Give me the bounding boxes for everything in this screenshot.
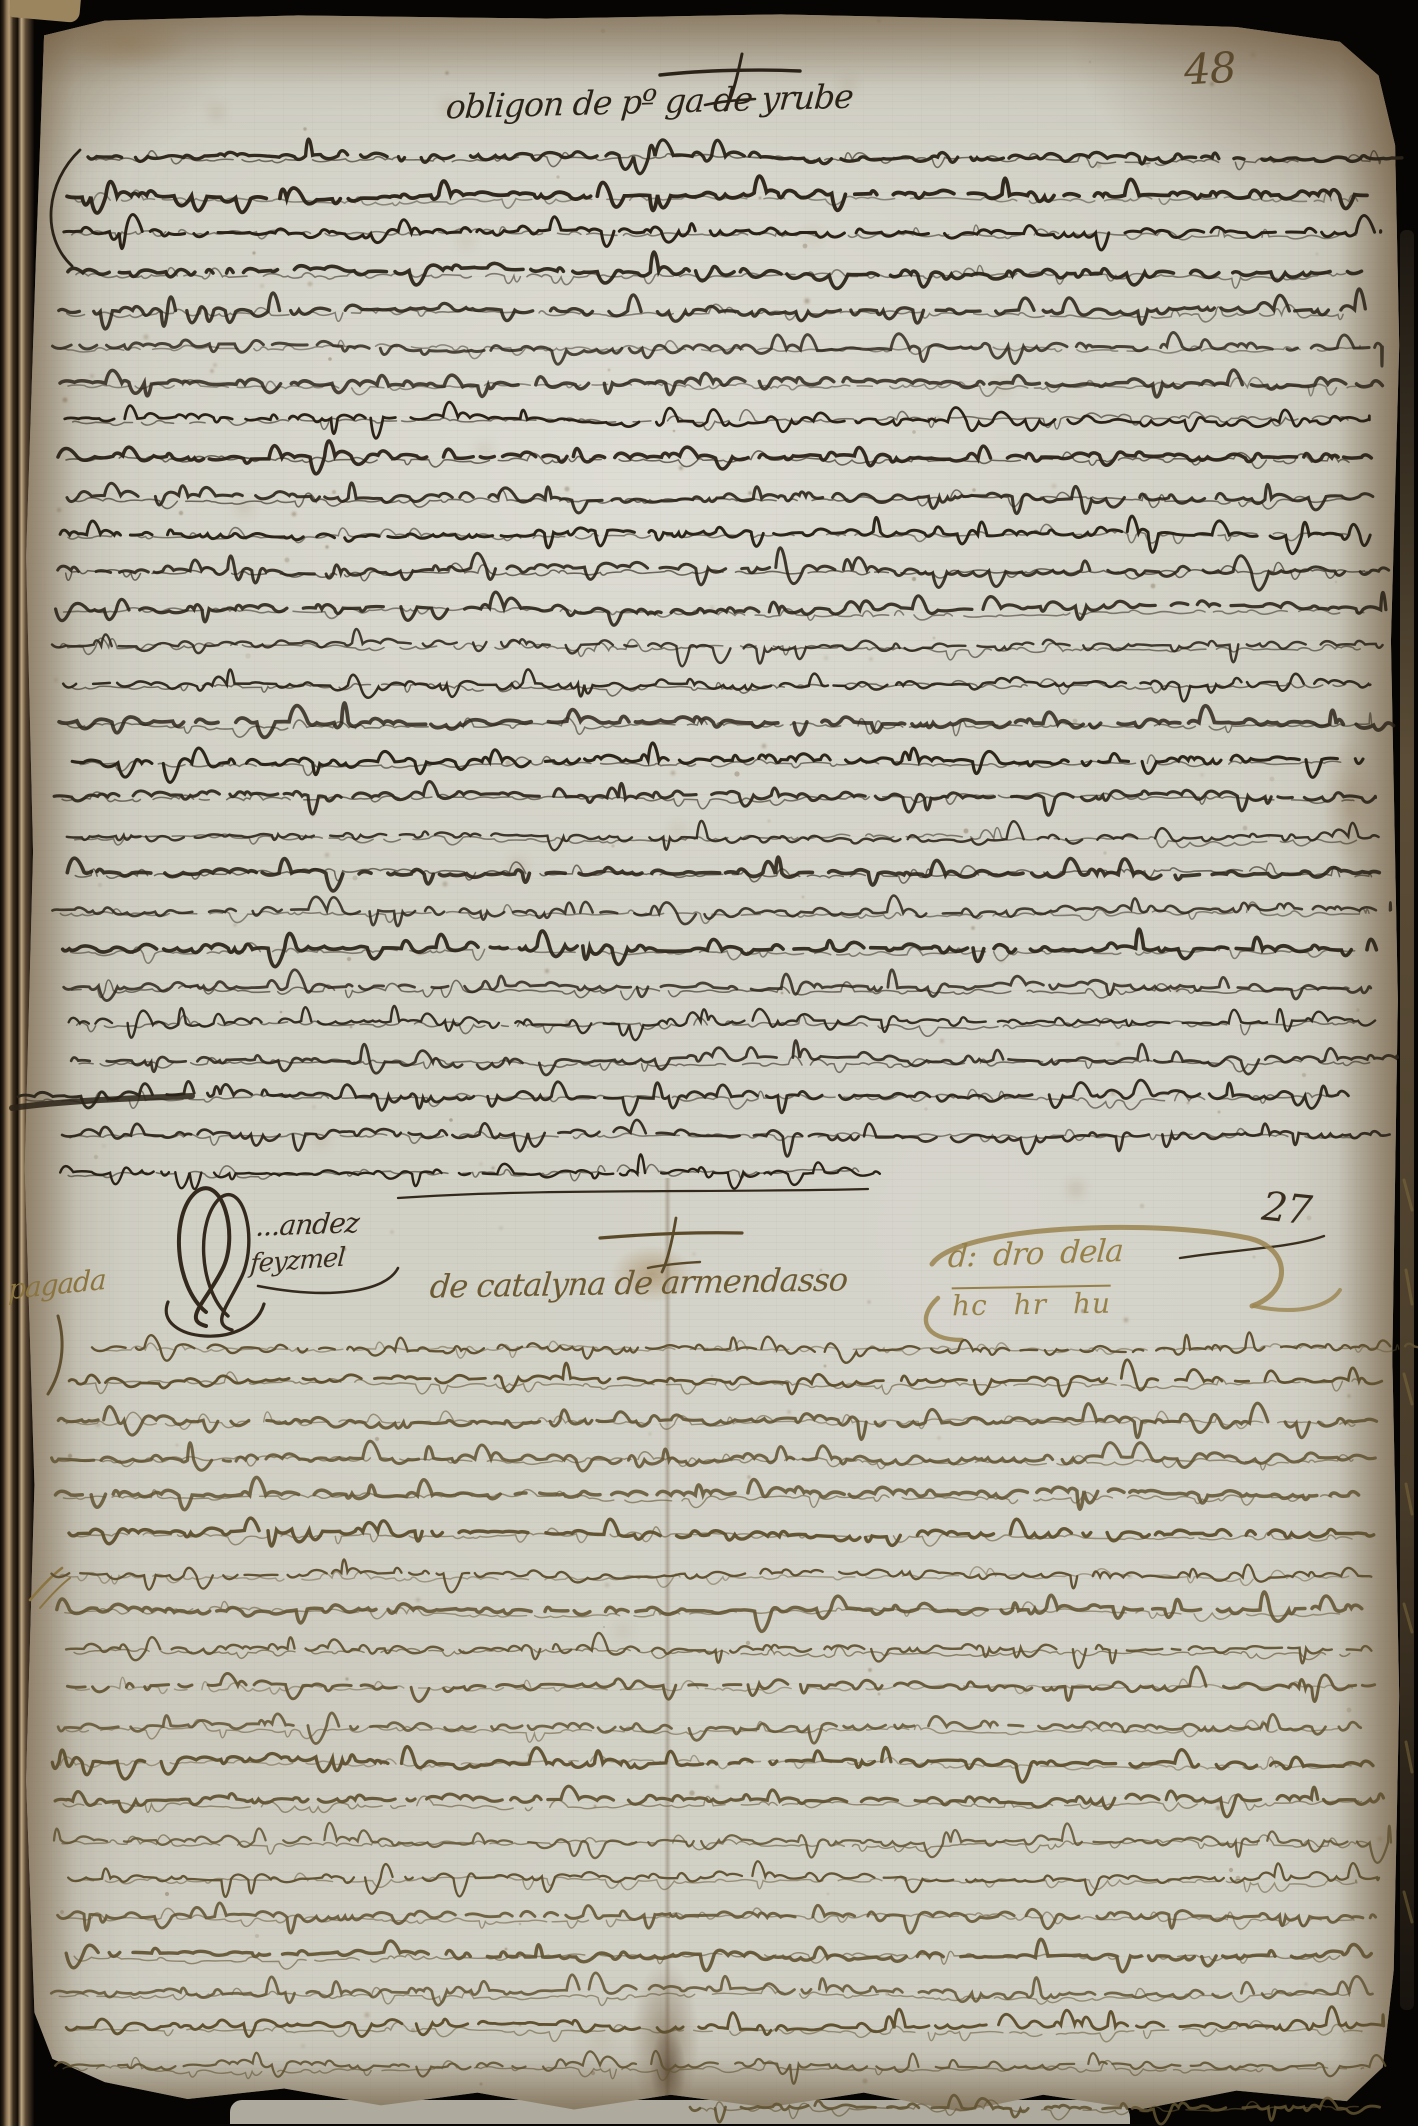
edge-stain: [1322, 738, 1378, 868]
manuscript-scan: obligon de pº ga de yrube 48 ...andez fe…: [0, 0, 1418, 2126]
vertical-crease: [664, 1178, 671, 2108]
deed2-heading: de catalyna de armendasso: [428, 1260, 849, 1305]
manuscript-page: [22, 8, 1402, 2118]
corner-stain: [62, 16, 192, 70]
deed1-end-mark: 27: [1260, 1184, 1313, 1235]
corner-toning-top-right: [1062, 8, 1402, 228]
folio-number: 48: [1183, 43, 1237, 95]
edge-toning-right: [1338, 8, 1402, 2118]
circled-note-line-1: d: dro dela: [947, 1233, 1124, 1275]
right-leaf-edge: [1400, 230, 1414, 2010]
circled-note-line-2: hc hr hu: [952, 1287, 1112, 1323]
signature-line-1: ...andez: [254, 1206, 360, 1243]
corner-toning-top-left: [22, 8, 242, 178]
